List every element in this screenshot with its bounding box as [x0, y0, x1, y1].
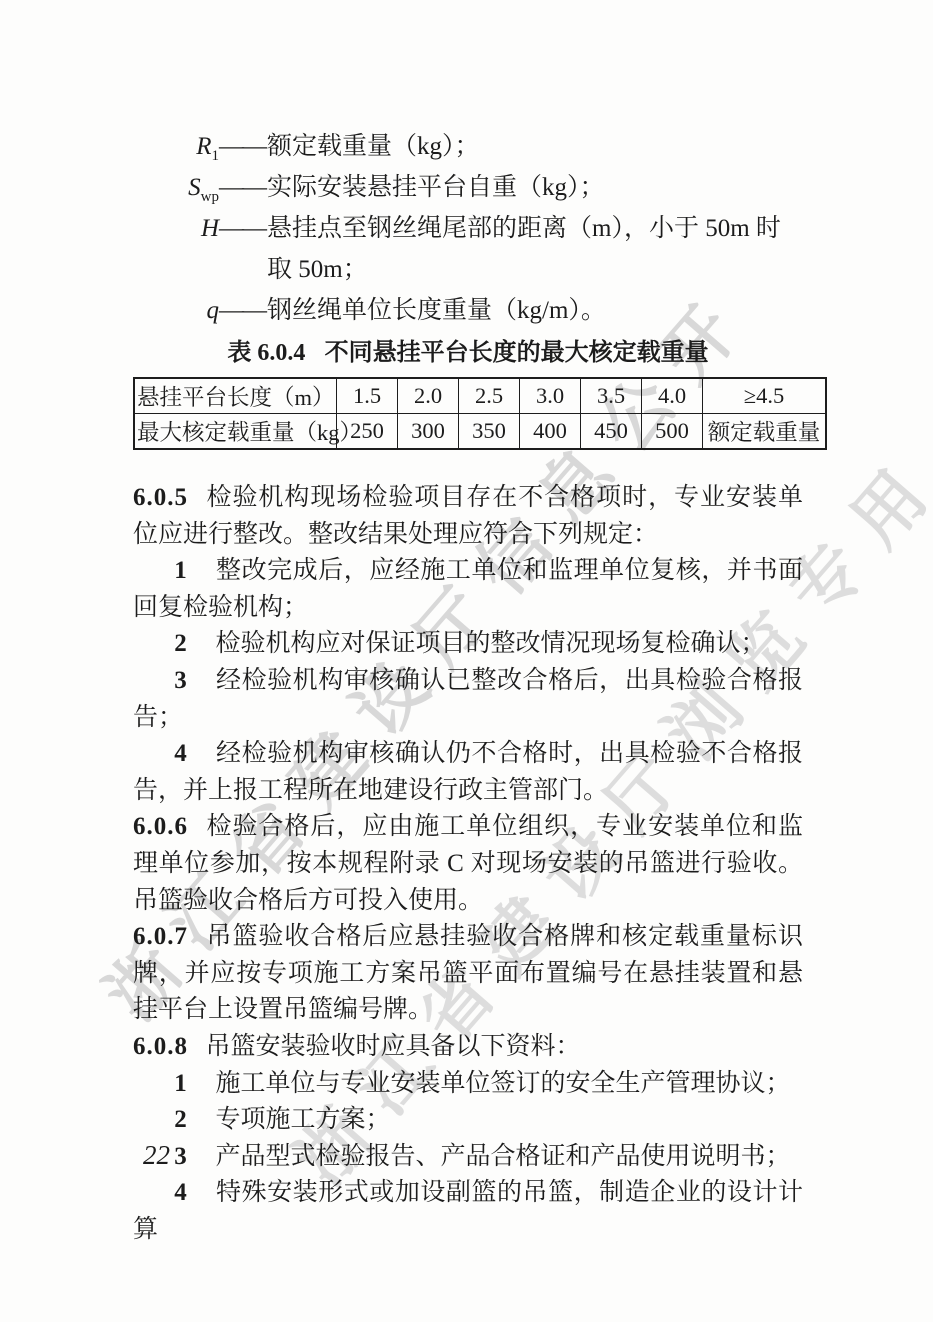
clause-6-0-6: 6.0.6检验合格后，应由施工单位组织，专业安装单位和监理单位参加，按本规程附录…: [133, 809, 803, 919]
load-rating-table: 悬挂平台长度（m） 1.5 2.0 2.5 3.0 3.5 4.0 ≥4.5 最…: [133, 377, 827, 450]
table-cell: 400: [520, 414, 581, 450]
item-text: 经检验机构审核确认已整改合格后，出具检验合格报告；: [133, 667, 803, 731]
definition-lead: H ——: [133, 208, 267, 249]
table-cell: 3.5: [581, 378, 642, 414]
document-page: 浙江省建设厅信息公开 浙江省建设厅浏览专用 R1 —— 额定载重量（kg）； S…: [0, 0, 933, 1322]
table-cell: 300: [398, 414, 459, 450]
definition-symbol: q: [207, 290, 220, 331]
clause-6-0-8-item-4: 4特殊安装形式或加设副篮的吊篮，制造企业的设计计算: [133, 1175, 803, 1248]
clause-6-0-8-item-3: 3产品型式检验报告、产品合格证和产品使用说明书；: [133, 1139, 803, 1176]
page-content: R1 —— 额定载重量（kg）； Swp —— 实际安装悬挂平台自重（kg）； …: [133, 126, 803, 1248]
item-number: 2: [174, 1106, 187, 1133]
definition-symbol: R1: [196, 126, 219, 167]
clause-6-0-5-item-2: 2检验机构应对保证项目的整改情况现场复检确认；: [133, 626, 803, 663]
clause-6-0-5: 6.0.5检验机构现场检验项目存在不合格项时，专业安装单位应进行整改。整改结果处…: [133, 480, 803, 553]
table-caption: 表 6.0.4不同悬挂平台长度的最大核定载重量: [133, 338, 803, 368]
item-number: 2: [174, 630, 187, 657]
definition-row-H: H —— 悬挂点至钢丝绳尾部的距离（m），小于 50m 时取 50m；: [133, 208, 803, 290]
item-text: 专项施工方案；: [216, 1106, 391, 1133]
table-cell: 3.0: [520, 378, 581, 414]
definition-dash: ——: [219, 290, 265, 331]
table-cell: 2.0: [398, 378, 459, 414]
item-text: 特殊安装形式或加设副篮的吊篮，制造企业的设计计算: [133, 1179, 803, 1243]
table-cell: ≥4.5: [703, 378, 827, 414]
clause-6-0-5-item-1: 1整改完成后，应经施工单位和监理单位复核，并书面回复检验机构；: [133, 553, 803, 626]
clause-text: 检验机构现场检验项目存在不合格项时，专业安装单位应进行整改。整改结果处理应符合下…: [133, 484, 803, 548]
clause-text: 检验合格后，应由施工单位组织，专业安装单位和监理单位参加，按本规程附录 C 对现…: [133, 813, 803, 913]
table-cell: 2.5: [459, 378, 520, 414]
clause-6-0-5-item-3: 3经检验机构审核确认已整改合格后，出具检验合格报告；: [133, 663, 803, 736]
item-text: 整改完成后，应经施工单位和监理单位复核，并书面回复检验机构；: [133, 557, 803, 621]
definition-text: 额定载重量（kg）；: [267, 126, 803, 167]
definition-lead: q ——: [133, 290, 267, 331]
symbol-definitions: R1 —— 额定载重量（kg）； Swp —— 实际安装悬挂平台自重（kg）； …: [133, 126, 803, 331]
clause-6-0-5-item-4: 4经检验机构审核确认仍不合格时，出具检验不合格报告，并上报工程所在地建设行政主管…: [133, 736, 803, 809]
definition-row-S: Swp —— 实际安装悬挂平台自重（kg）；: [133, 167, 803, 208]
table-cell: 1.5: [337, 378, 398, 414]
clause-6-0-8: 6.0.8吊篮安装验收时应具备以下资料：: [133, 1029, 803, 1066]
table-cell: 450: [581, 414, 642, 450]
definition-text: 悬挂点至钢丝绳尾部的距离（m），小于 50m 时取 50m；: [267, 208, 803, 290]
table-caption-title: 不同悬挂平台长度的最大核定载重量: [325, 340, 709, 366]
definition-text: 钢丝绳单位长度重量（kg/m）。: [267, 290, 803, 331]
clause-number: 6.0.6: [133, 813, 188, 840]
definition-lead: R1 ——: [133, 126, 267, 167]
definition-dash: ——: [219, 167, 265, 208]
item-number: 3: [174, 1143, 187, 1170]
clause-text: 吊篮安装验收时应具备以下资料：: [206, 1033, 581, 1060]
definition-dash: ——: [219, 126, 265, 167]
definition-symbol: Swp: [188, 167, 219, 208]
item-text: 施工单位与专业安装单位签订的安全生产管理协议；: [216, 1070, 791, 1097]
clause-number: 6.0.5: [133, 484, 188, 511]
table-cell: 4.0: [642, 378, 703, 414]
definition-dash: ——: [219, 208, 265, 249]
definition-text: 实际安装悬挂平台自重（kg）；: [267, 167, 803, 208]
definition-lead: Swp ——: [133, 167, 267, 208]
definition-row-R: R1 —— 额定载重量（kg）；: [133, 126, 803, 167]
clause-number: 6.0.7: [133, 923, 188, 950]
table-cell: 350: [459, 414, 520, 450]
table-caption-label: 表 6.0.4: [227, 340, 305, 366]
clause-6-0-8-item-2: 2专项施工方案；: [133, 1102, 803, 1139]
row-header-cell: 悬挂平台长度（m）: [134, 378, 337, 414]
page-number: 22: [143, 1140, 170, 1171]
item-number: 4: [174, 1179, 187, 1206]
item-number: 1: [174, 557, 187, 584]
definition-row-q: q —— 钢丝绳单位长度重量（kg/m）。: [133, 290, 803, 331]
table-cell: 500: [642, 414, 703, 450]
clause-text: 吊篮验收合格后应悬挂验收合格牌和核定载重量标识牌，并应按专项施工方案吊篮平面布置…: [133, 923, 803, 1023]
clause-6-0-8-item-1: 1施工单位与专业安装单位签订的安全生产管理协议；: [133, 1066, 803, 1103]
item-text: 产品型式检验报告、产品合格证和产品使用说明书；: [216, 1143, 791, 1170]
table-row-load: 最大核定载重量（kg） 250 300 350 400 450 500 额定载重…: [134, 414, 826, 450]
clause-6-0-7: 6.0.7吊篮验收合格后应悬挂验收合格牌和核定载重量标识牌，并应按专项施工方案吊…: [133, 919, 803, 1029]
table-row-length: 悬挂平台长度（m） 1.5 2.0 2.5 3.0 3.5 4.0 ≥4.5: [134, 378, 826, 414]
item-number: 3: [174, 667, 187, 694]
item-number: 1: [174, 1070, 187, 1097]
item-text: 经检验机构审核确认仍不合格时，出具检验不合格报告，并上报工程所在地建设行政主管部…: [133, 740, 803, 804]
item-number: 4: [174, 740, 187, 767]
table-cell: 额定载重量: [703, 414, 827, 450]
item-text: 检验机构应对保证项目的整改情况现场复检确认；: [216, 630, 766, 657]
clauses-section: 6.0.5检验机构现场检验项目存在不合格项时，专业安装单位应进行整改。整改结果处…: [133, 480, 803, 1248]
definition-symbol: H: [201, 208, 219, 249]
row-header-cell: 最大核定载重量（kg）: [134, 414, 337, 450]
clause-number: 6.0.8: [133, 1033, 188, 1060]
